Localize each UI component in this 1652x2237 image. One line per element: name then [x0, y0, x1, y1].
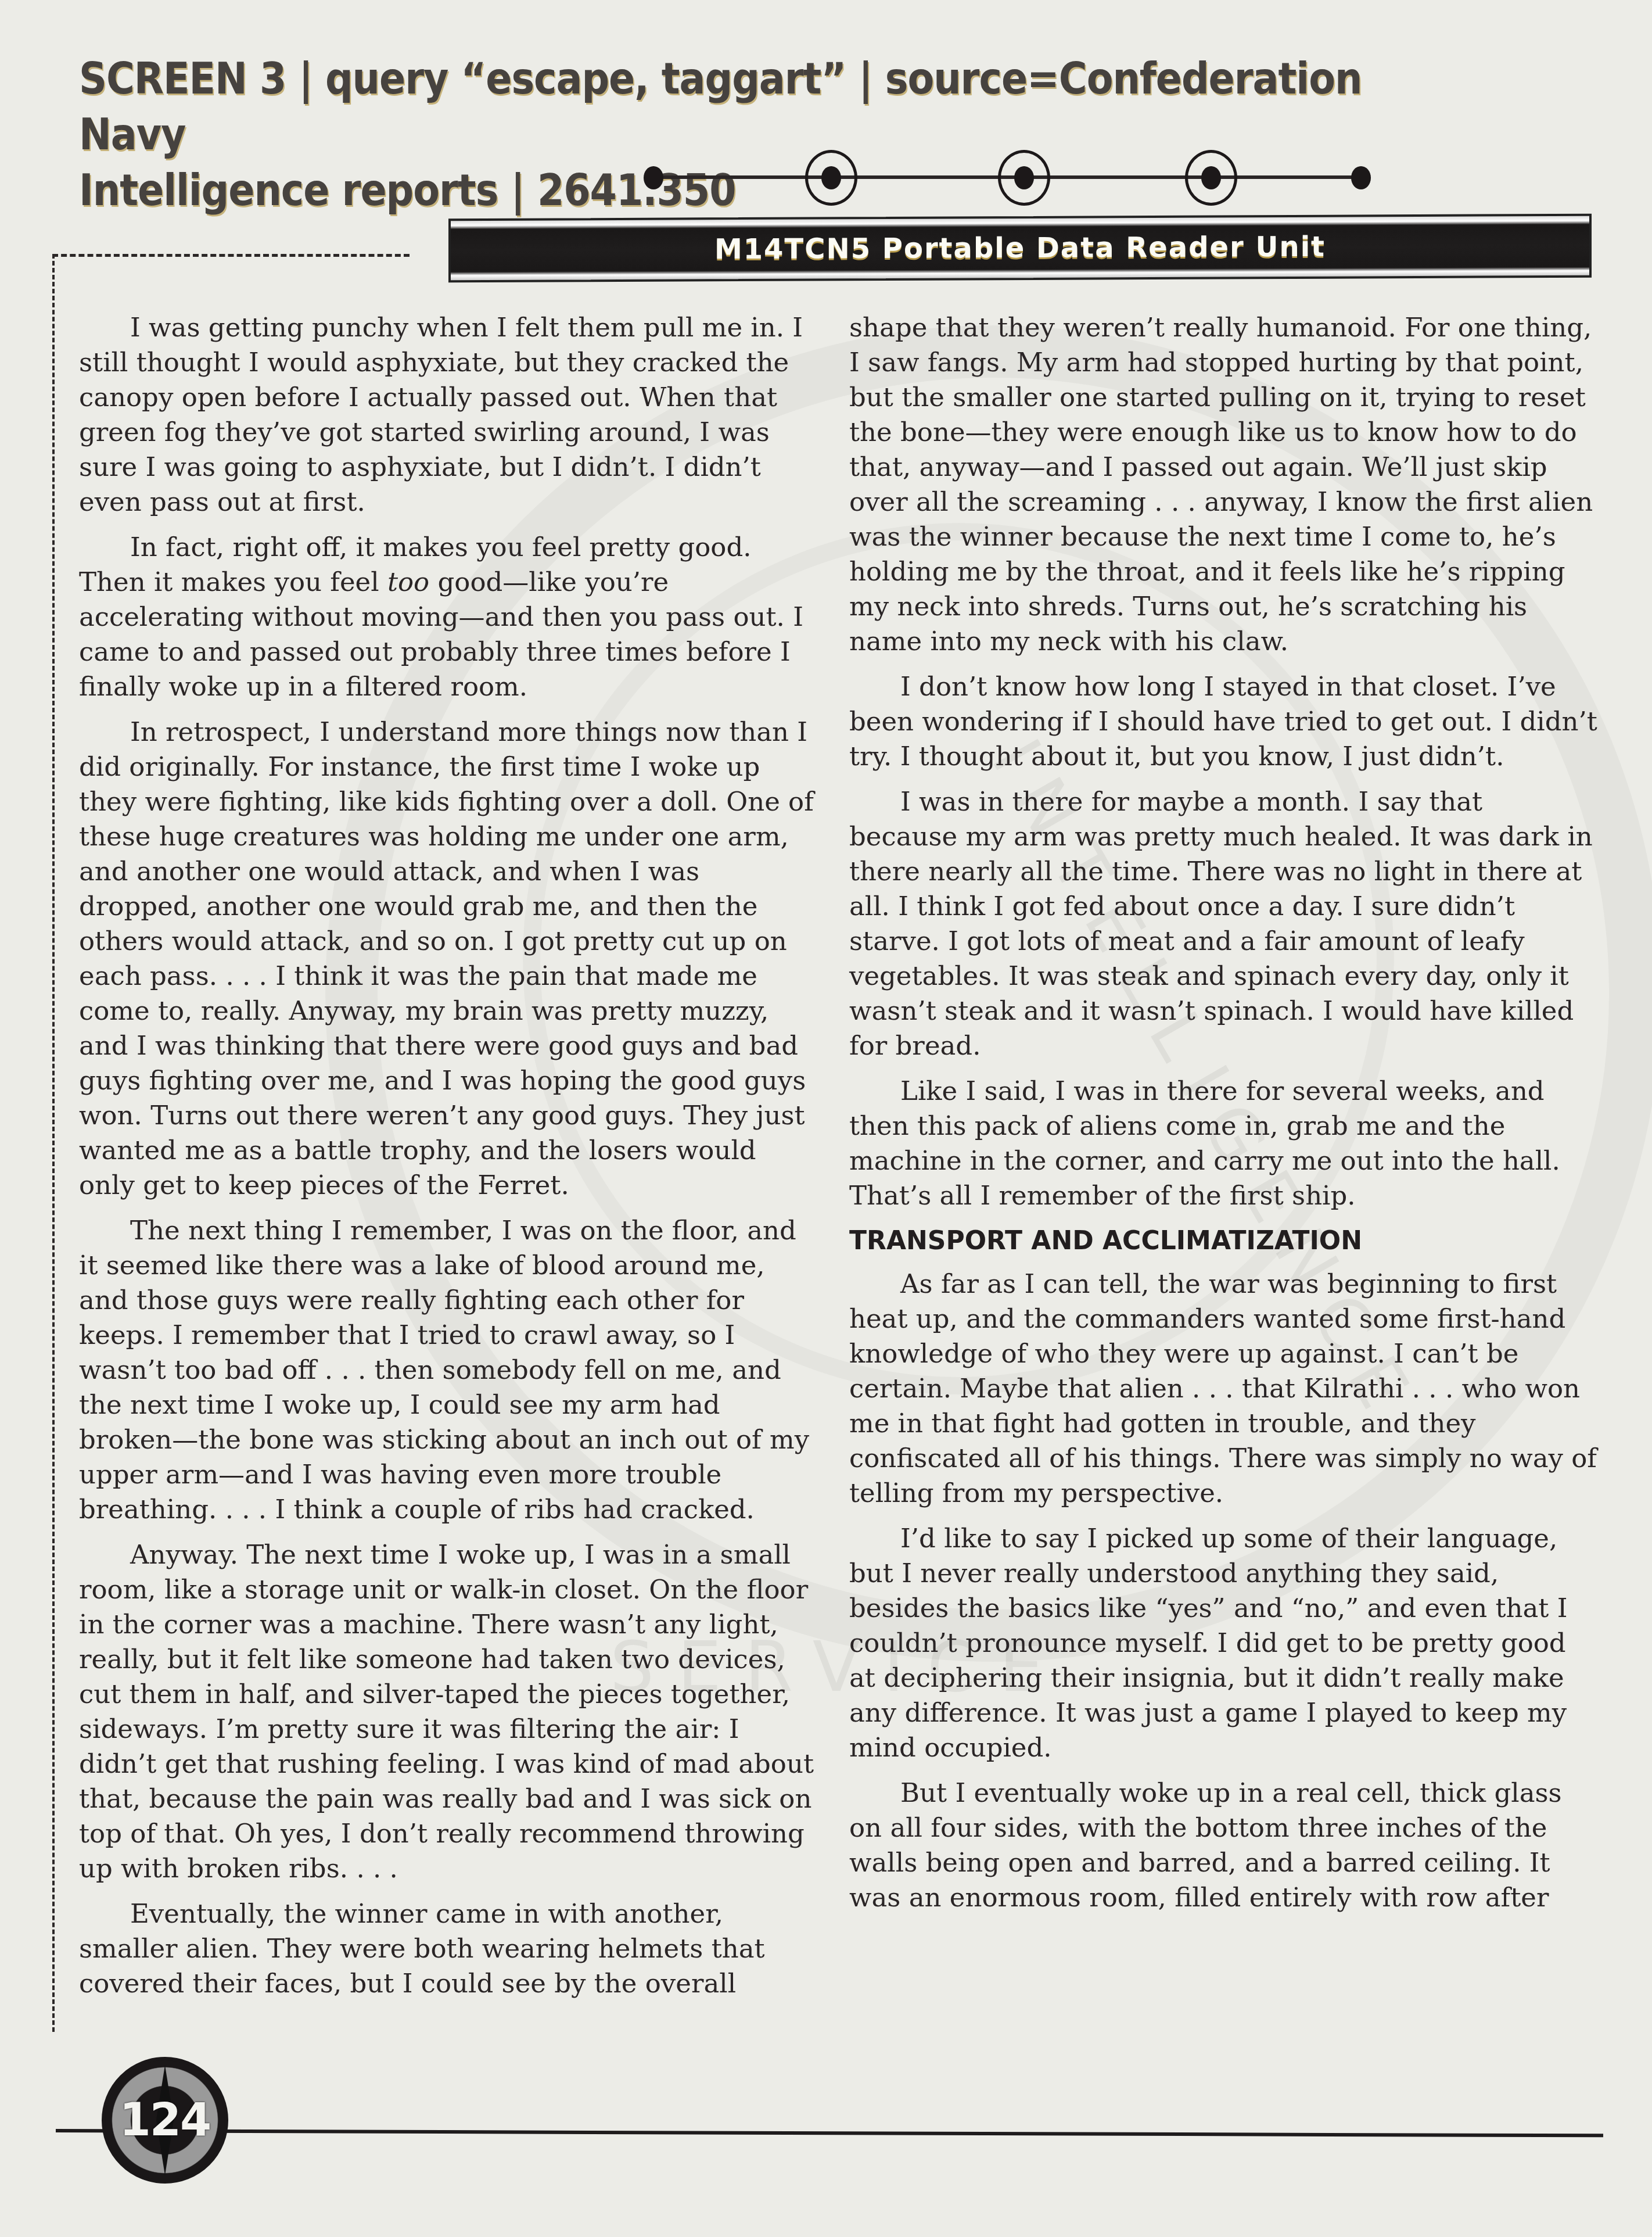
footer-rule — [56, 2129, 1603, 2137]
node-chain-decoration — [639, 145, 1371, 209]
paragraph-continued: shape that they weren’t really humanoid.… — [849, 310, 1599, 659]
paragraph: Like I said, I was in there for several … — [849, 1074, 1599, 1213]
section-heading: TRANSPORT AND ACCLIMATIZATION — [849, 1224, 1599, 1259]
paragraph: Anyway. The next time I woke up, I was i… — [79, 1537, 817, 1886]
page-number: 124 — [120, 2094, 211, 2146]
paragraph: In fact, right off, it makes you feel pr… — [79, 530, 817, 704]
node-dot-icon — [1351, 166, 1371, 189]
banner-label: M14TCN5 Portable Data Reader Unit — [714, 231, 1326, 266]
paragraph: The next thing I remember, I was on the … — [79, 1213, 817, 1527]
node-dot-icon — [1014, 166, 1034, 189]
node-dot-icon — [821, 166, 841, 189]
dashed-frame-left — [52, 254, 55, 2032]
paragraph: I was in there for maybe a month. I say … — [849, 784, 1599, 1063]
device-banner: M14TCN5 Portable Data Reader Unit — [448, 214, 1592, 283]
node-dot-icon — [1201, 166, 1221, 189]
dashed-frame-top — [52, 254, 410, 257]
paragraph: In retrospect, I understand more things … — [79, 715, 817, 1203]
paragraph: As far as I can tell, the war was beginn… — [849, 1267, 1599, 1511]
emphasis: too — [387, 567, 429, 597]
right-column: shape that they weren’t really humanoid.… — [849, 310, 1599, 1926]
page-number-badge: 124 — [102, 2057, 228, 2184]
paragraph: I don’t know how long I stayed in that c… — [849, 669, 1599, 774]
paragraph: I’d like to say I picked up some of thei… — [849, 1521, 1599, 1765]
document-page: INTELLIGENCE SERVICE SCREEN 3 | query “e… — [0, 0, 1652, 2237]
paragraph: But I eventually woke up in a real cell,… — [849, 1776, 1599, 1915]
paragraph: I was getting punchy when I felt them pu… — [79, 310, 817, 519]
left-column: I was getting punchy when I felt them pu… — [79, 310, 817, 2012]
paragraph: Eventually, the winner came in with anot… — [79, 1897, 817, 2001]
node-dot-icon — [644, 166, 663, 189]
